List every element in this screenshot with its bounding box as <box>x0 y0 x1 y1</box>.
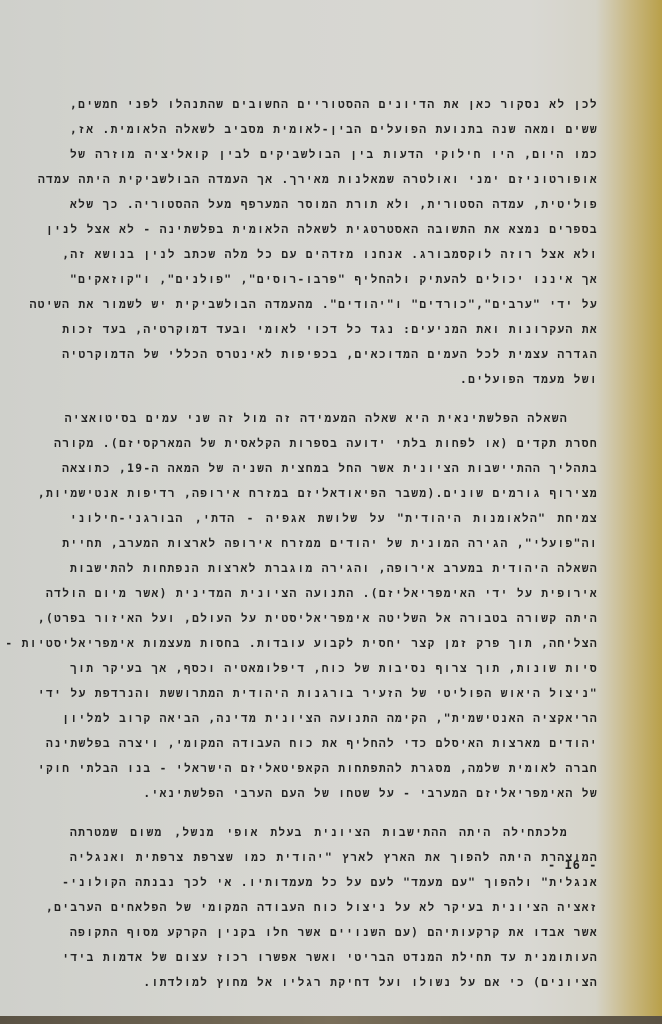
text-line: אנגלית" ולהפוך "עם מעמד" לעם על כל מעמדו… <box>70 870 598 895</box>
text-line: אירופית על ידי האימפריאליזם). התנועה הצי… <box>70 581 598 606</box>
text-line: השאלה הפלשתינאית היא שאלה המעמידה זה מול… <box>70 406 598 431</box>
text-line: חסרת תקדים (או לפחות בלתי ידועה בספרות ה… <box>70 431 598 456</box>
text-line: ושל מעמד הפועלים. <box>70 367 598 392</box>
text-line: לכן לא נסקור כאן את הדיונים ההסטוריים הח… <box>70 92 598 117</box>
text-line: צמיחת "הלאומנות היהודית" על שלושת אגפיה … <box>70 506 598 531</box>
page-number: - 16 - <box>548 858 597 872</box>
text-line: יהודים מארצות האיסלם כדי להחליף את כוח ה… <box>70 731 598 756</box>
text-line: בתהליך ההתיישבות הציונית אשר החל במחצית … <box>70 456 598 481</box>
text-line: המוצהרת היתה להפוך את הארץ לארץ "יהודית … <box>70 845 598 870</box>
text-line: הצליחה, תוך פרק זמן קצר יחסית לקבוע עובד… <box>70 631 598 656</box>
text-line: הריאקציה האנטישמית", הקימה התנועה הציוני… <box>70 706 598 731</box>
text-line: היתה קשורה בטבורה אל השליטה אימפריאליסטי… <box>70 606 598 631</box>
text-line: של האימפריאליזם המערבי - על שטחו של העם … <box>70 781 598 806</box>
text-line: פוליטית, עמדה הסטורית, ולא תורת המוסר המ… <box>70 192 598 217</box>
text-line: זאציה הציונית בעיקר לא על ניצול כוח העבו… <box>70 895 598 920</box>
text-line: סיות שונות, תוך צרוף נסיבות של כוח, דיפל… <box>70 656 598 681</box>
text-line: הגדרה עצמית לכל העמים המדוכאים, בכפיפות … <box>70 342 598 367</box>
text-line: כמו היום, היו חילוקי הדעות בין הבולשביקי… <box>70 142 598 167</box>
text-line: חברה לאומית שלמה, מסגרת להתפתחות הקאפיטא… <box>70 756 598 781</box>
text-line: את העקרונות ואת המניעים: נגד כל דכוי לאו… <box>70 317 598 342</box>
text-line: אשר אבדו את קרקעותיהם (עם השנויים אשר חל… <box>70 920 598 945</box>
paragraph: מלכתחילה היתה ההתישבות הציונית בעלת אופי… <box>70 820 598 995</box>
text-line: אופורטוניזם ימני ואולטרה שמאלנות מאירך. … <box>70 167 598 192</box>
text-line: השאלה היהודית במערב אירופה, והגירה מוגבר… <box>70 556 598 581</box>
body-text: לכן לא נסקור כאן את הדיונים ההסטוריים הח… <box>70 92 598 1009</box>
text-line: העותומנית עד תחילת המנדט הבריטי ואשר אפש… <box>70 945 598 970</box>
text-line: הציונים) כי אם על נשולו ועל דחיקת רגליו … <box>70 970 598 995</box>
text-line: ולא אצל רוזה לוקסמבורג. אנחנו מזדהים עם … <box>70 242 598 267</box>
text-line: בספרים נמצא את התשובה האסטרטגית לשאלה הל… <box>70 217 598 242</box>
text-line: מצירוף גורמים שונים.(משבר הפיאודאליזם במ… <box>70 481 598 506</box>
paragraph: לכן לא נסקור כאן את הדיונים ההסטוריים הח… <box>70 92 598 392</box>
text-line: וה"פועלי", הגירה המונית של יהודים ממזרח … <box>70 531 598 556</box>
text-line: ששים ומאה שנה בתנועת הפועלים הבין-לאומית… <box>70 117 598 142</box>
paragraph: השאלה הפלשתינאית היא שאלה המעמידה זה מול… <box>70 406 598 806</box>
text-line: על ידי "ערבים","כורדים" ו"יהודים". מהעמד… <box>70 292 598 317</box>
text-line: "ניצול היאוש הפוליטי של הזעיר בורגנות הי… <box>70 681 598 706</box>
text-line: אך איננו יכולים להעתיק ולהחליף "פרבו-רוס… <box>70 267 598 292</box>
document-page: לכן לא נסקור כאן את הדיונים ההסטוריים הח… <box>0 0 662 1016</box>
text-line: מלכתחילה היתה ההתישבות הציונית בעלת אופי… <box>70 820 598 845</box>
